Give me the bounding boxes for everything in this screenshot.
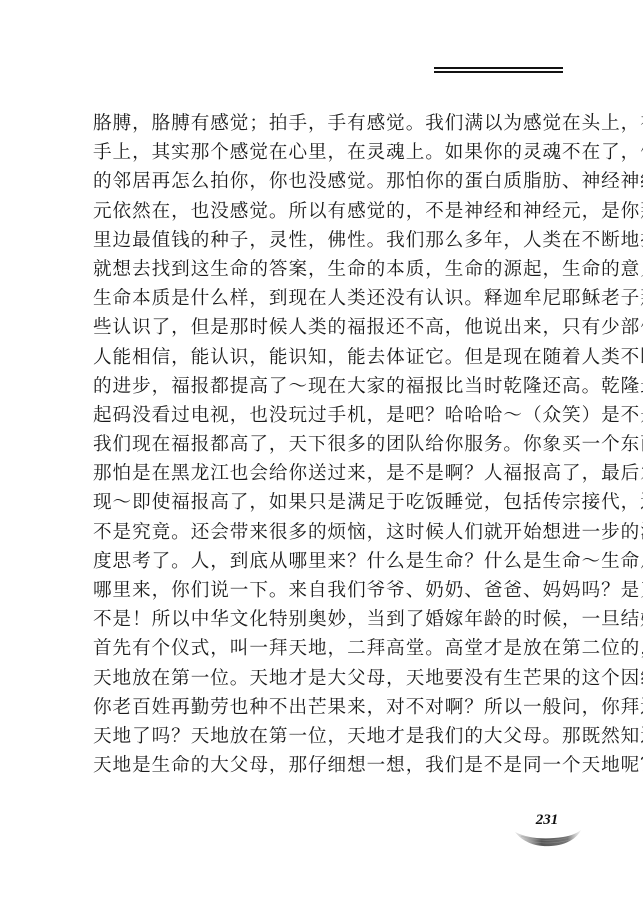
text-line: 胳膊，胳膊有感觉；拍手，手有感觉。我们满以为感觉在头上，在 bbox=[93, 109, 569, 138]
text-line: 人能相信，能认识，能识知，能去体证它。但是现在随着人类不断 bbox=[93, 343, 569, 372]
text-line: 元依然在，也没感觉。所以有感觉的，不是神经和神经元，是你那 bbox=[93, 197, 569, 226]
text-line: 那怕是在黑龙江也会给你送过来，是不是啊？人福报高了，最后发 bbox=[93, 459, 569, 488]
page-number: 231 bbox=[522, 812, 572, 829]
brush-stroke-ornament-icon bbox=[513, 828, 583, 850]
header-rule-bottom bbox=[434, 71, 563, 73]
text-line: 度思考了。人，到底从哪里来？什么是生命？什么是生命～生命从 bbox=[93, 547, 569, 576]
text-line: 的邻居再怎么拍你，你也没感觉。那怕你的蛋白质脂肪、神经神经 bbox=[93, 167, 569, 196]
text-line: 不是！所以中华文化特别奥妙，当到了婚嫁年龄的时候，一旦结婚， bbox=[93, 605, 569, 634]
text-line: 不是究竟。还会带来很多的烦恼，这时候人们就开始想进一步的深 bbox=[93, 518, 569, 547]
text-line: 手上，其实那个感觉在心里，在灵魂上。如果你的灵魂不在了，你 bbox=[93, 138, 569, 167]
text-line: 现～即使福报高了，如果只是满足于吃饭睡觉，包括传宗接代，还 bbox=[93, 488, 569, 517]
body-text: 胳膊，胳膊有感觉；拍手，手有感觉。我们满以为感觉在头上，在 手上，其实那个感觉在… bbox=[93, 109, 569, 780]
text-line: 首先有个仪式，叫一拜天地，二拜高堂。高堂才是放在第二位的， bbox=[93, 634, 569, 663]
text-line: 我们现在福报都高了，天下很多的团队给你服务。你象买一个东西， bbox=[93, 430, 569, 459]
header-rule-top bbox=[434, 67, 563, 69]
text-line: 的进步，福报都提高了～现在大家的福报比当时乾隆还高。乾隆最 bbox=[93, 372, 569, 401]
text-line: 生命本质是什么样，到现在人类还没有认识。释迦牟尼耶稣老子那 bbox=[93, 284, 569, 313]
text-line: 里边最值钱的种子，灵性，佛性。我们那么多年，人类在不断地探索， bbox=[93, 226, 569, 255]
text-line: 你老百姓再勤劳也种不出芒果来，对不对啊？所以一般问，你拜过 bbox=[93, 693, 569, 722]
text-line: 天地放在第一位。天地才是大父母，天地要没有生芒果的这个因缘， bbox=[93, 664, 569, 693]
text-line: 天地了吗？天地放在第一位，天地才是我们的大父母。那既然知道 bbox=[93, 722, 569, 751]
text-line: 起码没看过电视，也没玩过手机，是吧？哈哈哈～（众笑）是不是？ bbox=[93, 401, 569, 430]
text-line: 就想去找到这生命的答案，生命的本质，生命的源起，生命的意义。 bbox=[93, 255, 569, 284]
text-line: 天地是生命的大父母，那仔细想一想，我们是不是同一个天地呢？ bbox=[93, 751, 569, 780]
header-double-rule bbox=[434, 67, 563, 73]
text-line: 哪里来，你们说一下。来自我们爷爷、奶奶、爸爸、妈妈吗？是又 bbox=[93, 576, 569, 605]
text-line: 些认识了，但是那时候人类的福报还不高，他说出来，只有少部份 bbox=[93, 313, 569, 342]
